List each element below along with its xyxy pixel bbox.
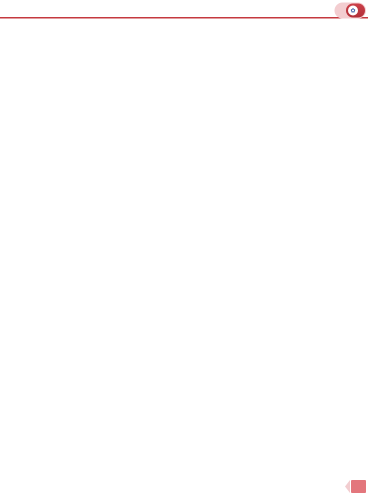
- main-article: [40, 350, 332, 357]
- school-badge: ✿: [346, 4, 365, 18]
- book-page: ✿: [0, 0, 368, 500]
- header-badge: ✿: [335, 3, 367, 19]
- footer-page-badge: [345, 480, 366, 493]
- school-logo-icon: ✿: [348, 6, 358, 16]
- corner-triangle-icon: [345, 480, 350, 493]
- page-number: [351, 480, 366, 493]
- header-rule: [0, 17, 368, 19]
